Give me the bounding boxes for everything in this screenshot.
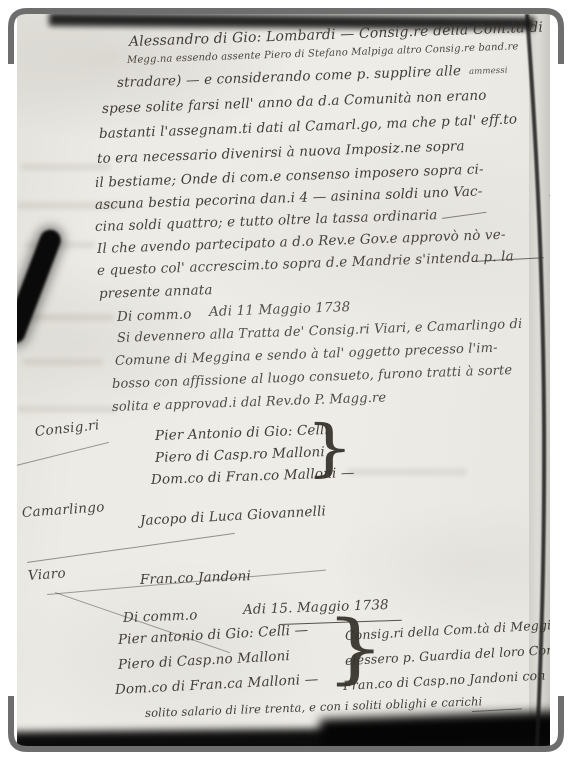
manuscript-line: presente annata xyxy=(99,282,213,302)
flourish-stroke xyxy=(442,212,487,220)
manuscript-line: ammessi xyxy=(469,66,508,77)
bleed-smudge xyxy=(19,314,114,321)
manuscript-line: Di comm.o xyxy=(123,607,198,626)
margin-label: Consig.ri xyxy=(34,417,100,440)
manuscript-photo: Alessandro di Gio: Lombardi — Consig.re … xyxy=(17,14,550,747)
manuscript-line: Pier antonio di Gio: Celli — xyxy=(118,622,309,648)
manuscript-line: bosso con affissione al luogo consueto, … xyxy=(112,363,513,392)
manuscript-line: bastanti l'assegnam.ti dati al Camarl.go… xyxy=(99,111,518,142)
next-page-ink: ʼʼ xyxy=(548,192,550,207)
bleed-smudge xyxy=(17,406,117,412)
page: Alessandro di Gio: Lombardi — Consig.re … xyxy=(0,0,572,760)
date-text: Adi 11 Maggio 1738 xyxy=(209,299,351,320)
manuscript-line: Piero di Casp.no Malloni xyxy=(118,648,291,673)
manuscript-line: to era necessario divenirsi à nuova Impo… xyxy=(97,138,465,167)
margin-label: Camarlingo xyxy=(21,499,105,521)
bleed-smudge xyxy=(23,359,103,365)
manuscript-line: Pier Antonio di Gio: Celli xyxy=(155,422,330,444)
flourish-stroke xyxy=(27,533,235,564)
manuscript-line: spese solite farsi nell' anno da d.a Com… xyxy=(102,88,487,117)
brace-glyph: } xyxy=(325,614,386,682)
manuscript-line: Fran.co Jandoni xyxy=(140,568,252,588)
scan-bottom-edge-right xyxy=(319,711,550,747)
manuscript-line: Di comm.o xyxy=(117,306,192,325)
brace-glyph: } xyxy=(305,420,355,476)
manuscript-line: Dom.co di Fran.ca Malloni — xyxy=(115,671,319,698)
manuscript-line: stradare) — e considerando come p. suppl… xyxy=(117,63,462,91)
flourish-stroke xyxy=(17,442,109,468)
margin-label: Viaro xyxy=(27,565,66,584)
next-page-strip xyxy=(529,14,550,747)
bleed-smudge xyxy=(347,469,467,475)
manuscript-line: Jacopo di Luca Giovannelli xyxy=(140,503,327,529)
